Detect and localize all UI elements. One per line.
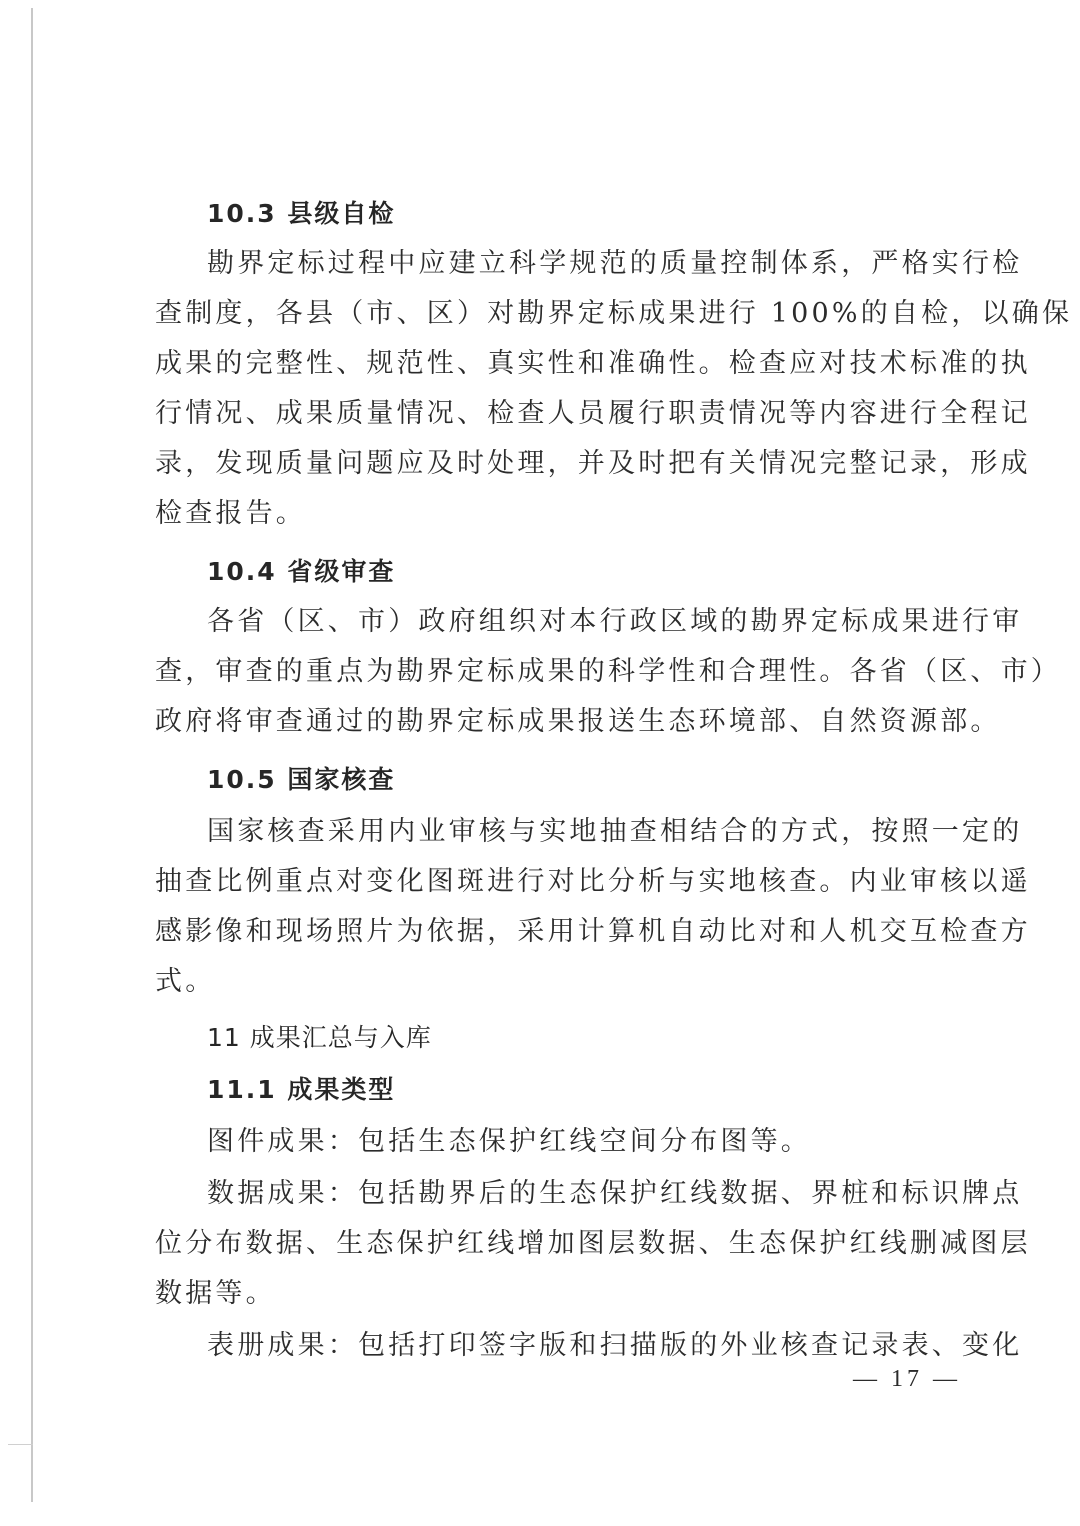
- section-heading-10-4: 10.4 省级审查: [207, 554, 965, 590]
- paragraph-line: 各省（区、市）政府组织对本行政区域的勘界定标成果进行审: [207, 604, 965, 640]
- paragraph-line: 政府将审查通过的勘界定标成果报送生态环境部、自然资源部。: [155, 704, 965, 740]
- paragraph-line: 行情况、成果质量情况、检查人员履行职责情况等内容进行全程记: [155, 396, 965, 432]
- paragraph-line: 勘界定标过程中应建立科学规范的质量控制体系，严格实行检: [207, 246, 965, 282]
- section-heading-11: 11 成果汇总与入库: [207, 1020, 965, 1056]
- paragraph-line: 表册成果：包括打印签字版和扫描版的外业核查记录表、变化: [207, 1328, 965, 1364]
- paragraph-line: 国家核查采用内业审核与实地抽查相结合的方式，按照一定的: [207, 814, 965, 850]
- paragraph-line: 检查报告。: [155, 496, 965, 532]
- paragraph-line: 数据成果：包括勘界后的生态保护红线数据、界桩和标识牌点: [207, 1176, 965, 1212]
- paragraph-line: 查，审查的重点为勘界定标成果的科学性和合理性。各省（区、市）: [155, 654, 965, 690]
- paragraph-line: 成果的完整性、规范性、真实性和准确性。检查应对技术标准的执: [155, 346, 965, 382]
- paragraph-line: 抽查比例重点对变化图斑进行对比分析与实地核查。内业审核以遥: [155, 864, 965, 900]
- section-heading-10-3: 10.3 县级自检: [207, 196, 965, 232]
- page-number: — 17 —: [853, 1366, 961, 1393]
- section-heading-11-1: 11.1 成果类型: [207, 1072, 965, 1108]
- paragraph-line: 式。: [155, 964, 965, 1000]
- paragraph-line: 图件成果：包括生态保护红线空间分布图等。: [207, 1124, 965, 1160]
- paragraph-line: 数据等。: [155, 1276, 965, 1312]
- margin-tick-mark: [8, 1444, 33, 1445]
- paragraph-line: 感影像和现场照片为依据，采用计算机自动比对和人机交互检查方: [155, 914, 965, 950]
- paragraph-line: 查制度，各县（市、区）对勘界定标成果进行 100%的自检，以确保: [155, 296, 965, 332]
- section-heading-10-5: 10.5 国家核查: [207, 762, 965, 798]
- paragraph-line: 位分布数据、生态保护红线增加图层数据、生态保护红线删减图层: [155, 1226, 965, 1262]
- paragraph-line: 录，发现质量问题应及时处理，并及时把有关情况完整记录，形成: [155, 446, 965, 482]
- binding-margin-line: [31, 8, 33, 1502]
